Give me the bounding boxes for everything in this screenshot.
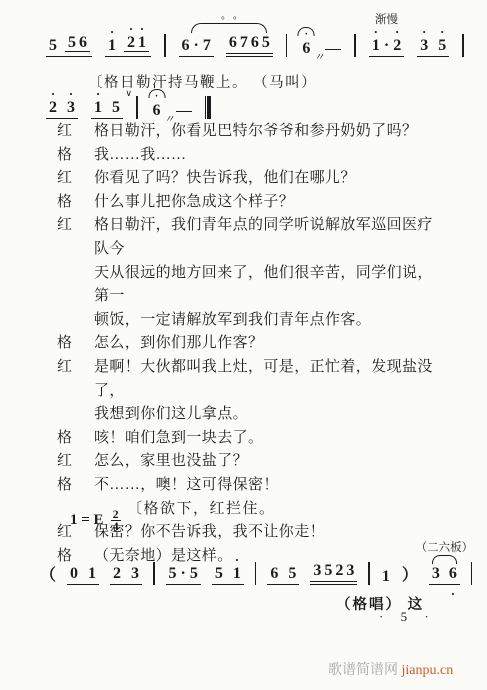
dialogue-row: 格我……我……	[57, 144, 445, 168]
beam-group: （二六板）36·	[429, 566, 460, 585]
beam-group: 5·5	[166, 566, 201, 585]
breath-mark: ∨	[125, 88, 132, 99]
dialogue-text: 是啊！大伙都叫我上灶，可是，正忙着，发现盐没了，我想到你们这儿拿点。	[94, 356, 445, 427]
dialogue-row: 格咳！咱们急到一块去了。	[57, 427, 445, 451]
speaker-label: 红	[57, 167, 79, 191]
time-signature: 2 4	[111, 509, 121, 532]
beam-group: 1·2·1·	[105, 35, 151, 57]
dialogue-text: 格日勒汗，你看见巴特尔爷爷和参丹奶奶了吗？	[94, 120, 445, 144]
key-signature: 1 = E 2 4	[70, 509, 121, 532]
note: 7	[239, 35, 249, 51]
octave-dot-high: ·	[422, 29, 426, 34]
beam-group: 6·7	[179, 38, 214, 57]
dash-continuation	[325, 49, 341, 50]
dialogue-text: 咳！咱们急到一块去了。	[94, 427, 445, 451]
note: 6	[250, 35, 260, 51]
page-number: · 5 ·	[379, 609, 436, 625]
note: 5	[111, 100, 121, 116]
octave-dot-high: ·	[129, 26, 133, 31]
note: 7	[202, 38, 212, 54]
key-tonic: 1 = E	[70, 512, 104, 529]
speaker-label: 格	[57, 144, 79, 168]
dialogue-line: 保密？你不告诉我，我不让你走！	[94, 521, 445, 545]
note: 3	[431, 566, 441, 582]
note: 5	[287, 566, 297, 582]
dialogue-line: 怎么，到你们那儿作客？	[94, 332, 445, 356]
barline	[462, 34, 464, 57]
beam-group: 556	[46, 35, 92, 57]
octave-dot-high: ·	[140, 26, 144, 31]
speaker-label: 红	[57, 356, 79, 427]
dialogue-text: 保密？你不告诉我，我不让你走！	[94, 521, 445, 545]
note: 2·	[392, 38, 402, 54]
dialogue-line: 天从很远的地方回来了，他们很辛苦，同学们说，第一	[94, 262, 445, 309]
octave-dot-high: ·	[374, 29, 378, 34]
note: 5·	[437, 38, 447, 54]
speaker-label: 格	[57, 474, 79, 498]
note: 6	[78, 35, 88, 51]
note: 1·	[107, 38, 117, 54]
note: 5	[189, 566, 199, 582]
dialogue-line: 格日勒汗，你看见巴特尔爷爷和参丹奶奶了吗？	[94, 120, 445, 144]
note: 1·	[232, 566, 242, 582]
barline	[164, 34, 166, 57]
dash-continuation	[176, 111, 192, 112]
speaker-label: 红	[57, 450, 79, 474]
dialogue-line: 顿饭，一定请解放军到我们青年点作客。	[94, 309, 445, 333]
octave-dot-high: ·	[440, 29, 444, 34]
barline	[354, 34, 356, 57]
dialogue-row: 格什么事儿把你急成这个样子？	[57, 191, 445, 215]
note: 1·	[371, 38, 381, 54]
dialogue-line: 怎么，家里也没盐了？	[94, 450, 445, 474]
slur-span: ° °6·76765	[179, 35, 273, 57]
dialogue-line: 你看见了吗？快告诉我，他们在哪儿？	[94, 167, 445, 191]
note: ·	[193, 38, 200, 54]
note: 6·	[448, 566, 458, 582]
note: 5	[48, 38, 58, 54]
octave-dot-high: ·	[69, 91, 73, 96]
note: 6	[269, 566, 279, 582]
dialogue-section: 红格日勒汗，你看见巴特尔爷爷和参丹奶奶了吗？格我……我……红你看见了吗？快告诉我…	[57, 120, 445, 568]
note: 2·	[126, 35, 136, 51]
note: 1·	[137, 35, 147, 51]
beam-group: 01	[67, 566, 99, 585]
dialogue-text: 你看见了吗？快告诉我，他们在哪儿？	[94, 167, 445, 191]
speaker-label: 格	[57, 191, 79, 215]
dialogue-line: 是啊！大伙都叫我上灶，可是，正忙着，发现盐没了，	[94, 356, 445, 403]
dialogue-line: 咳！咱们急到一块去了。	[94, 427, 445, 451]
watermark: 歌谱简谱网 jianpu.cn	[328, 659, 453, 679]
tempo-label: （二六板）	[416, 539, 474, 555]
notation-line-3: （01235·551·6535231）（二六板）36·	[40, 562, 472, 585]
dialogue-row: 红格日勒汗，我们青年点的同学听说解放军巡回医疗队今天从很远的地方回来了，他们很辛…	[57, 214, 445, 332]
note: 5	[214, 566, 224, 582]
note: ·	[383, 38, 390, 54]
speaker-label: 红	[57, 120, 79, 144]
final-barline	[205, 96, 211, 119]
stage-direction-entrance: 〔格日勒汗持马鞭上。 （马叫）	[88, 71, 317, 92]
note: 5	[67, 35, 77, 51]
octave-dot-high: ·	[96, 91, 100, 96]
note: 2	[334, 563, 344, 579]
dialogue-line: 格日勒汗，我们青年点的同学听说解放军巡回医疗队今	[94, 214, 445, 261]
octave-dot-high: ·	[110, 29, 114, 34]
dialogue-row: 红是啊！大伙都叫我上灶，可是，正忙着，发现盐没了，我想到你们这儿拿点。	[57, 356, 445, 427]
ornament-dots: ° °	[221, 15, 239, 25]
notation-line-2: 2·3·∨1·5·6〃	[46, 96, 211, 119]
dialogue-row: 格怎么，到你们那儿作客？	[57, 332, 445, 356]
beam-group: 3523	[310, 563, 357, 585]
stage-direction: 〔格欲下，红拦住。	[127, 498, 445, 522]
note: 6	[181, 38, 191, 54]
dialogue-text: 怎么，家里也没盐了？	[94, 450, 445, 474]
note: 5	[261, 35, 271, 51]
dialogue-line: 我想到你们这儿拿点。	[94, 403, 445, 427]
octave-dot-high: ·	[395, 29, 399, 34]
dialogue-row: 格不……，噢！这可得保密！	[57, 474, 445, 498]
beam-group: 56	[65, 35, 90, 52]
dialogue-text: 什么事儿把你急成这个样子？	[94, 191, 445, 215]
parenthesis: ）	[402, 562, 418, 585]
note: 3	[130, 566, 140, 582]
beam-group: 65	[267, 566, 299, 585]
beam-group: 51·	[212, 566, 244, 585]
dialogue-text: 我……我……	[94, 144, 445, 168]
dialogue-text: 怎么，到你们那儿作客？	[94, 332, 445, 356]
note: 5	[168, 566, 178, 582]
fermata-note: ·6〃	[300, 41, 312, 57]
dialogue-line: 我……我……	[94, 144, 445, 168]
note: 3·	[419, 38, 429, 54]
dialogue-line: 什么事儿把你急成这个样子？	[94, 191, 445, 215]
note: 5	[323, 563, 333, 579]
barline	[368, 562, 370, 585]
octave-dot-high: ·	[235, 557, 239, 562]
note: 2·	[48, 100, 58, 116]
barline	[255, 562, 257, 585]
beam-group: ∨1·5	[91, 100, 123, 119]
beam-group: 2·3·	[46, 100, 78, 119]
octave-dot-high: ·	[51, 91, 55, 96]
barline	[136, 96, 138, 119]
dialogue-text: 不……，噢！这可得保密！	[94, 474, 445, 498]
sheet-music-page: 5561·2·1·° °6·76765·6〃渐慢1··2·3·5· 〔格日勒汗持…	[0, 0, 487, 690]
speaker-label: 红	[57, 214, 79, 332]
dialogue-row: 红怎么，家里也没盐了？	[57, 450, 445, 474]
octave-dot-low: ·	[451, 591, 455, 596]
note: 1·	[93, 100, 103, 116]
barline	[286, 34, 288, 57]
beam-group: 6765	[226, 35, 273, 57]
note: 3	[345, 563, 355, 579]
notation-line-1: 5561·2·1·° °6·76765·6〃渐慢1··2·3·5·	[46, 34, 464, 57]
watermark-site-name: 歌谱简谱网	[328, 663, 398, 678]
dialogue-row: 红格日勒汗，你看见巴特尔爷爷和参丹奶奶了吗？	[57, 120, 445, 144]
note: 1	[87, 566, 97, 582]
note: 0	[69, 566, 79, 582]
dialogue-line: 不……，噢！这可得保密！	[94, 474, 445, 498]
dialogue-row: 红你看见了吗？快告诉我，他们在哪儿？	[57, 167, 445, 191]
fermata-note: ·6〃	[151, 103, 163, 119]
note: 2	[112, 566, 122, 582]
barline	[153, 562, 155, 585]
note: 6	[228, 35, 238, 51]
speaker-label: 格	[57, 332, 79, 356]
beam-group: 2·1·	[124, 35, 149, 52]
note: 3·	[66, 100, 76, 116]
parenthesis: （	[40, 562, 56, 585]
beam-group: 渐慢1··2·	[369, 38, 404, 57]
note: 1	[381, 569, 391, 585]
dialogue-text: 格日勒汗，我们青年点的同学听说解放军巡回医疗队今天从很远的地方回来了，他们很辛苦…	[94, 214, 445, 332]
barline	[471, 562, 473, 585]
slur-arc	[432, 555, 457, 564]
speaker-label: 格	[57, 427, 79, 451]
watermark-url: jianpu.cn	[402, 663, 454, 678]
time-signature-denominator: 4	[113, 521, 119, 532]
note: ·	[180, 566, 187, 582]
note: 3	[312, 563, 322, 579]
tremolo-mark: 〃	[313, 53, 324, 64]
beam-group: 23	[110, 566, 142, 585]
beam-group: 3·5·	[417, 38, 449, 57]
